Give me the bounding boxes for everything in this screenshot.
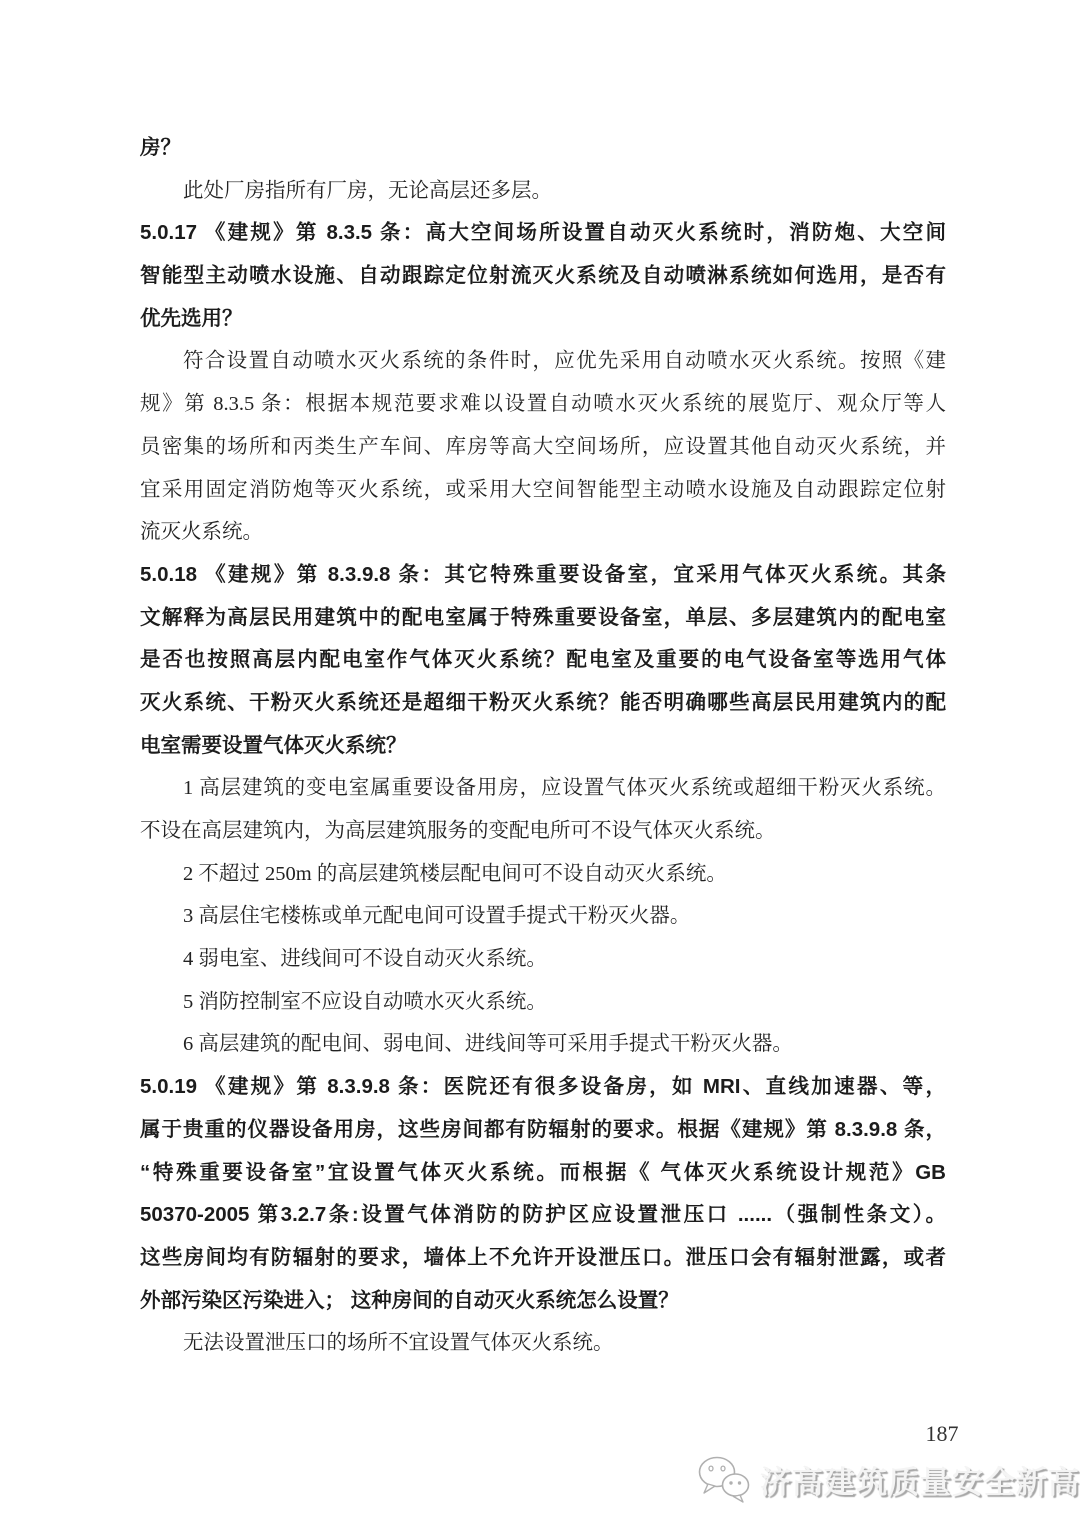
text-line: 5.0.17 《建规》第 8.3.5 条：高大空间场所设置自动灭火系统时，消防炮… bbox=[140, 212, 946, 255]
text-line: 这些房间均有防辐射的要求，墙体上不允许开设泄压口。泄压口会有辐射泄露，或者 bbox=[140, 1237, 946, 1280]
text-line: 智能型主动喷水设施、自动跟踪定位射流灭火系统及自动喷淋系统如何选用，是否有 bbox=[140, 255, 946, 298]
watermark: 济高建筑质量安全新高地 bbox=[698, 1455, 1080, 1503]
text-line: 6 高层建筑的配电间、弱电间、进线间等可采用手提式干粉灭火器。 bbox=[140, 1023, 946, 1066]
text-line: 5.0.18 《建规》第 8.3.9.8 条：其它特殊重要设备室，宜采用气体灭火… bbox=[140, 554, 946, 597]
wechat-icon bbox=[698, 1455, 750, 1503]
text-line: 属于贵重的仪器设备用房，这些房间都有防辐射的要求。根据《建规》第 8.3.9.8… bbox=[140, 1109, 946, 1152]
page-number: 187 bbox=[912, 1421, 972, 1447]
text-line: 5 消防控制室不应设自动喷水灭火系统。 bbox=[140, 981, 946, 1024]
text-line: 流灭火系统。 bbox=[140, 511, 946, 554]
watermark-text: 济高建筑质量安全新高地 bbox=[760, 1457, 1080, 1502]
text-line: 是否也按照高层内配电室作气体灭火系统？配电室及重要的电气设备室等选用气体 bbox=[140, 639, 946, 682]
text-line: 4 弱电室、进线间可不设自动灭火系统。 bbox=[140, 938, 946, 981]
text-line: 灭火系统、干粉灭火系统还是超细干粉灭火系统？能否明确哪些高层民用建筑内的配 bbox=[140, 682, 946, 725]
text-line: 外部污染区污染进入； 这种房间的自动灭火系统怎么设置？ bbox=[140, 1280, 946, 1323]
text-line: 1 高层建筑的变电室属重要设备用房，应设置气体灭火系统或超细干粉灭火系统。 bbox=[140, 767, 946, 810]
text-line: 无法设置泄压口的场所不宜设置气体灭火系统。 bbox=[140, 1322, 946, 1365]
text-line: 不设在高层建筑内，为高层建筑服务的变配电所可不设气体灭火系统。 bbox=[140, 810, 946, 853]
text-line: 规》第 8.3.5 条：根据本规范要求难以设置自动喷水灭火系统的展览厅、观众厅等… bbox=[140, 383, 946, 426]
text-line: 员密集的场所和丙类生产车间、库房等高大空间场所，应设置其他自动灭火系统，并 bbox=[140, 426, 946, 469]
text-line: 此处厂房指所有厂房，无论高层还多层。 bbox=[140, 170, 946, 213]
text-line: “特殊重要设备室”宜设置气体灭火系统。而根据《 气体灭火系统设计规范》GB bbox=[140, 1152, 946, 1195]
text-line: 电室需要设置气体灭火系统？ bbox=[140, 725, 946, 768]
text-line: 优先选用？ bbox=[140, 298, 946, 341]
text-line: 50370-2005 第3.2.7条:设置气体消防的防护区应设置泄压口 ....… bbox=[140, 1194, 946, 1237]
document-page: 房？此处厂房指所有厂房，无论高层还多层。5.0.17 《建规》第 8.3.5 条… bbox=[0, 0, 1080, 1527]
text-line: 房？ bbox=[140, 127, 946, 170]
text-line: 文解释为高层民用建筑中的配电室属于特殊重要设备室，单层、多层建筑内的配电室 bbox=[140, 597, 946, 640]
text-line: 宜采用固定消防炮等灭火系统，或采用大空间智能型主动喷水设施及自动跟踪定位射 bbox=[140, 469, 946, 512]
text-line: 3 高层住宅楼栋或单元配电间可设置手提式干粉灭火器。 bbox=[140, 895, 946, 938]
text-line: 2 不超过 250m 的高层建筑楼层配电间可不设自动灭火系统。 bbox=[140, 853, 946, 896]
document-lines: 房？此处厂房指所有厂房，无论高层还多层。5.0.17 《建规》第 8.3.5 条… bbox=[140, 127, 946, 1365]
text-line: 符合设置自动喷水灭火系统的条件时，应优先采用自动喷水灭火系统。按照《建 bbox=[140, 340, 946, 383]
text-line: 5.0.19 《建规》第 8.3.9.8 条：医院还有很多设备房，如 MRI、直… bbox=[140, 1066, 946, 1109]
